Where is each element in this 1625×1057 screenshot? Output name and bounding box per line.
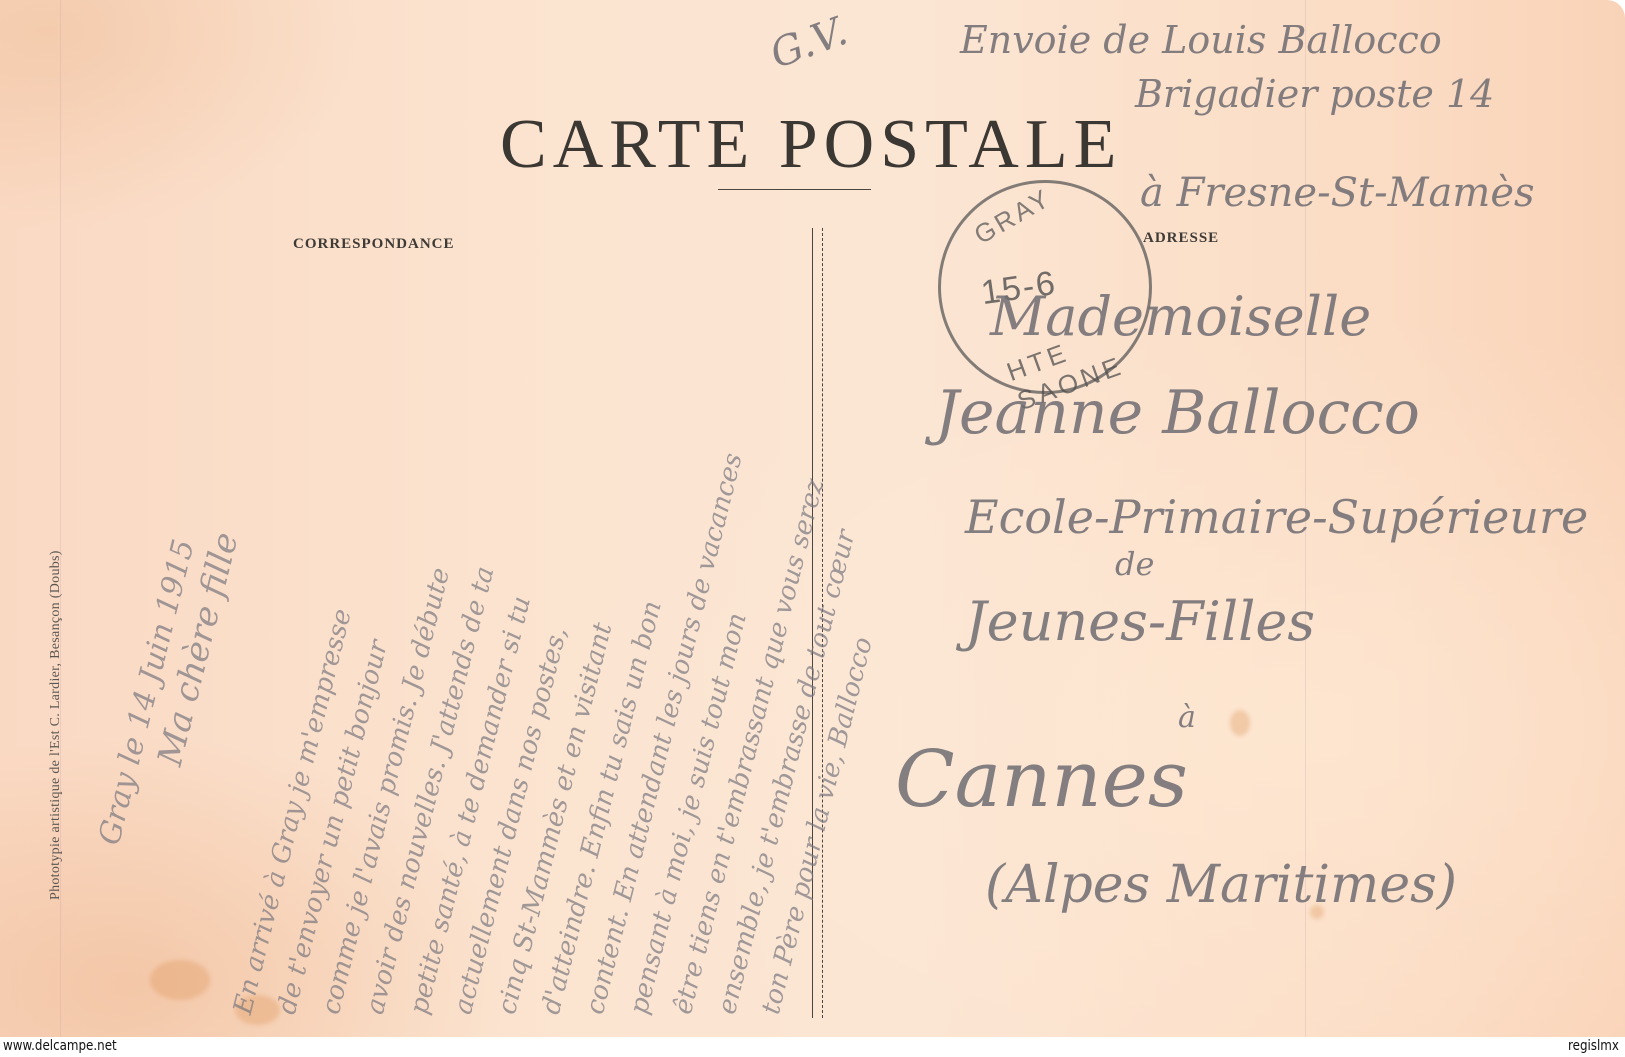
correspondence-label: CORRESPONDANCE	[293, 236, 455, 253]
address-institution: de	[1115, 545, 1154, 583]
watermark-right: regislmx	[1568, 1038, 1619, 1054]
watermark-left: www.delcampe.net	[3, 1038, 117, 1054]
address-institution: Jeunes-Filles	[965, 590, 1315, 653]
sender-note-line: Brigadier poste 14	[1135, 72, 1494, 116]
foxing-stain	[150, 960, 210, 1000]
foxing-stain	[1230, 710, 1250, 736]
sender-note-line: à Fresne-St-Mamès	[1140, 170, 1535, 216]
address-department: (Alpes Maritimes)	[985, 855, 1457, 915]
postcard-back: CARTE POSTALE CORRESPONDANCE ADRESSE Pho…	[0, 0, 1625, 1037]
address-preposition: à	[1178, 700, 1196, 735]
address-salutation: Mademoiselle	[990, 285, 1371, 348]
sender-note-line: Envoie de Louis Ballocco	[960, 18, 1442, 62]
title-underline	[718, 189, 871, 190]
sender-initials: G.V.	[764, 8, 853, 78]
postcard-title: CARTE POSTALE	[500, 105, 1140, 185]
address-name: Jeanne Ballocco	[935, 378, 1420, 448]
address-institution: Ecole-Primaire-Supérieure	[965, 490, 1588, 544]
address-city: Cannes	[895, 735, 1188, 825]
postmark-town: GRAY	[969, 182, 1057, 251]
address-label: ADRESSE	[1143, 230, 1219, 247]
publisher-imprint: Phototypie artistique de l'Est C. Lardie…	[48, 550, 64, 900]
